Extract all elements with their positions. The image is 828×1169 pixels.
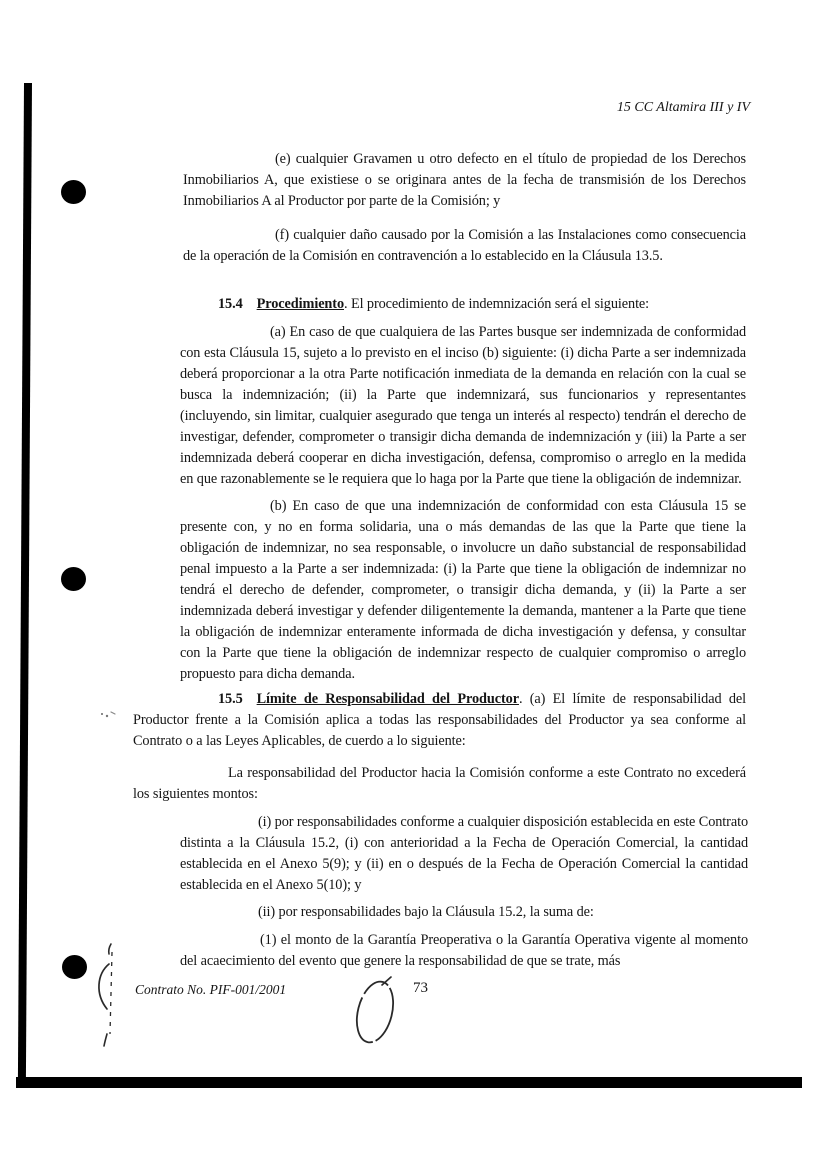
section-15-5-number: 15.5 [218,691,243,707]
hole-punch-dot [61,180,86,204]
paragraph-a: (a) En caso de que cualquiera de las Par… [180,322,746,490]
section-15-5-paragraph: 15.5Límite de Responsabilidad del Produc… [133,689,746,752]
handwritten-oval-mark [345,972,407,1050]
paragraph-montos: La responsabilidad del Productor hacia l… [133,763,746,805]
paragraph-i: (i) por responsabilidades conforme a cua… [180,812,748,896]
scanned-contract-page: 15 CC Altamira III y IV (e) cualquier Gr… [0,0,828,1169]
footer-contract-number: Contrato No. PIF-001/2001 [135,982,286,998]
section-15-5-title: Límite de Responsabilidad del Productor [257,691,519,707]
footer-page-number: 73 [413,980,428,997]
scan-edge-bar-left [18,83,32,1080]
scan-edge-bar-bottom [16,1077,802,1088]
paragraph-f: (f) cualquier daño causado por la Comisi… [183,225,746,267]
smudge-mark [98,705,124,721]
hole-punch-dot [62,955,87,979]
hole-punch-dot [61,567,86,591]
page-header-right: 15 CC Altamira III y IV [560,100,750,116]
paragraph-b: (b) En caso de que una indemnización de … [180,496,746,685]
section-15-4-heading: 15.4Procedimiento. El procedimiento de i… [218,294,746,315]
section-15-4-number: 15.4 [218,296,243,312]
paragraph-ii: (ii) por responsabilidades bajo la Cláus… [180,902,748,923]
section-15-4-tail: . El procedimiento de indemnización será… [344,296,649,312]
paragraph-e: (e) cualquier Gravamen u otro defecto en… [183,149,746,212]
paragraph-1: (1) el monto de la Garantía Preoperativa… [180,930,748,972]
section-15-4-title: Procedimiento [257,296,344,312]
handwritten-squiggle-left [88,938,130,1050]
